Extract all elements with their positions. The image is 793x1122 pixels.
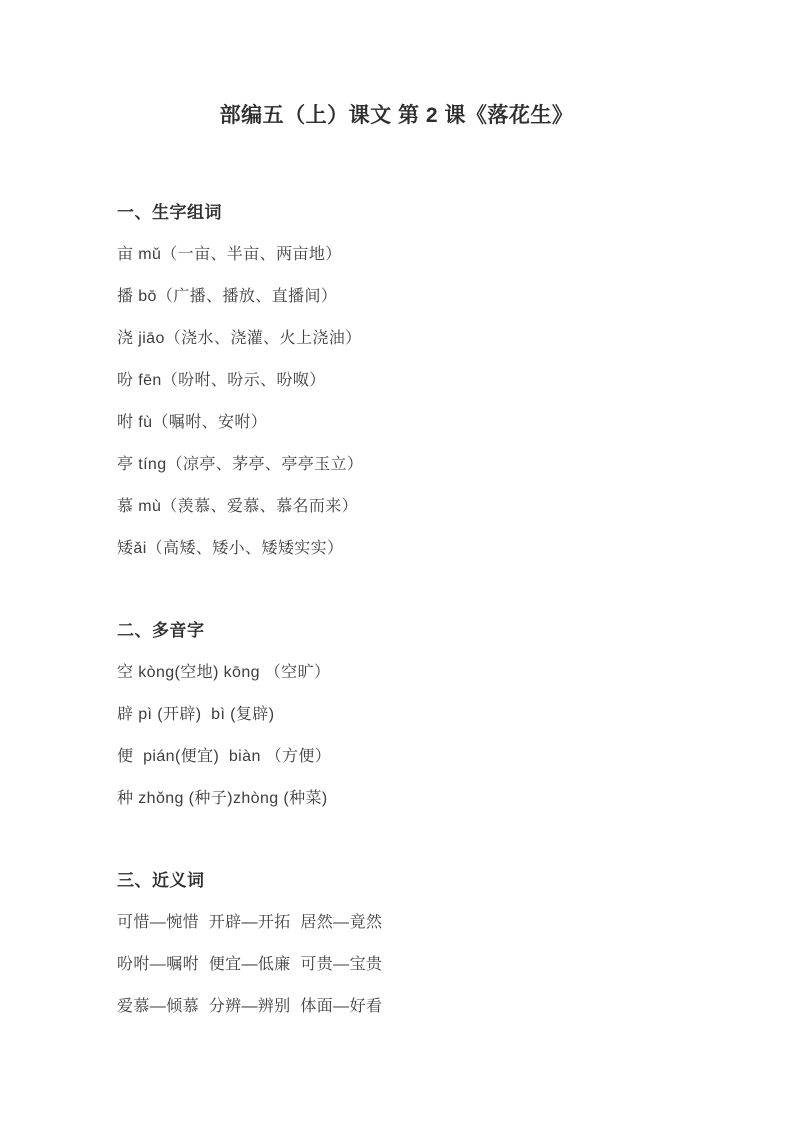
word-line: 辟 pì (开辟) bì (复辟)	[117, 694, 723, 736]
section-heading: 一、生字组词	[117, 192, 723, 234]
section-shengzi-zuci: 一、生字组词 亩 mǔ（一亩、半亩、两亩地） 播 bō（广播、播放、直播间） 浇…	[117, 192, 723, 570]
word-line: 慕 mù（羡慕、爱慕、慕名而来）	[117, 486, 723, 528]
word-line: 爱慕—倾慕 分辨—辨别 体面—好看	[117, 986, 723, 1028]
word-line: 空 kòng(空地) kōng （空旷）	[117, 652, 723, 694]
word-line: 矮ǎi（高矮、矮小、矮矮实实）	[117, 528, 723, 570]
word-line: 播 bō（广播、播放、直播间）	[117, 276, 723, 318]
word-line: 亭 tíng（凉亭、茅亭、亭亭玉立）	[117, 444, 723, 486]
word-line: 吩 fēn（吩咐、吩示、吩呶）	[117, 360, 723, 402]
word-line: 吩咐—嘱咐 便宜—低廉 可贵—宝贵	[117, 944, 723, 986]
document-page: 部编五（上）课文 第 2 课《落花生》 一、生字组词 亩 mǔ（一亩、半亩、两亩…	[0, 0, 793, 1122]
word-line: 可惜—惋惜 开辟—开拓 居然—竟然	[117, 902, 723, 944]
word-line: 浇 jiāo（浇水、浇灌、火上浇油）	[117, 318, 723, 360]
word-line: 便 pián(便宜) biàn （方便）	[117, 736, 723, 778]
section-duoyinzi: 二、多音字 空 kòng(空地) kōng （空旷） 辟 pì (开辟) bì …	[117, 610, 723, 820]
word-line: 亩 mǔ（一亩、半亩、两亩地）	[117, 234, 723, 276]
section-heading: 二、多音字	[117, 610, 723, 652]
document-body: 一、生字组词 亩 mǔ（一亩、半亩、两亩地） 播 bō（广播、播放、直播间） 浇…	[0, 192, 793, 1028]
section-jinyici: 三、近义词 可惜—惋惜 开辟—开拓 居然—竟然 吩咐—嘱咐 便宜—低廉 可贵—宝…	[117, 860, 723, 1028]
word-line: 咐 fù（嘱咐、安咐）	[117, 402, 723, 444]
document-title: 部编五（上）课文 第 2 课《落花生》	[0, 0, 793, 131]
section-heading: 三、近义词	[117, 860, 723, 902]
word-line: 种 zhǒng (种子)zhòng (种菜)	[117, 778, 723, 820]
